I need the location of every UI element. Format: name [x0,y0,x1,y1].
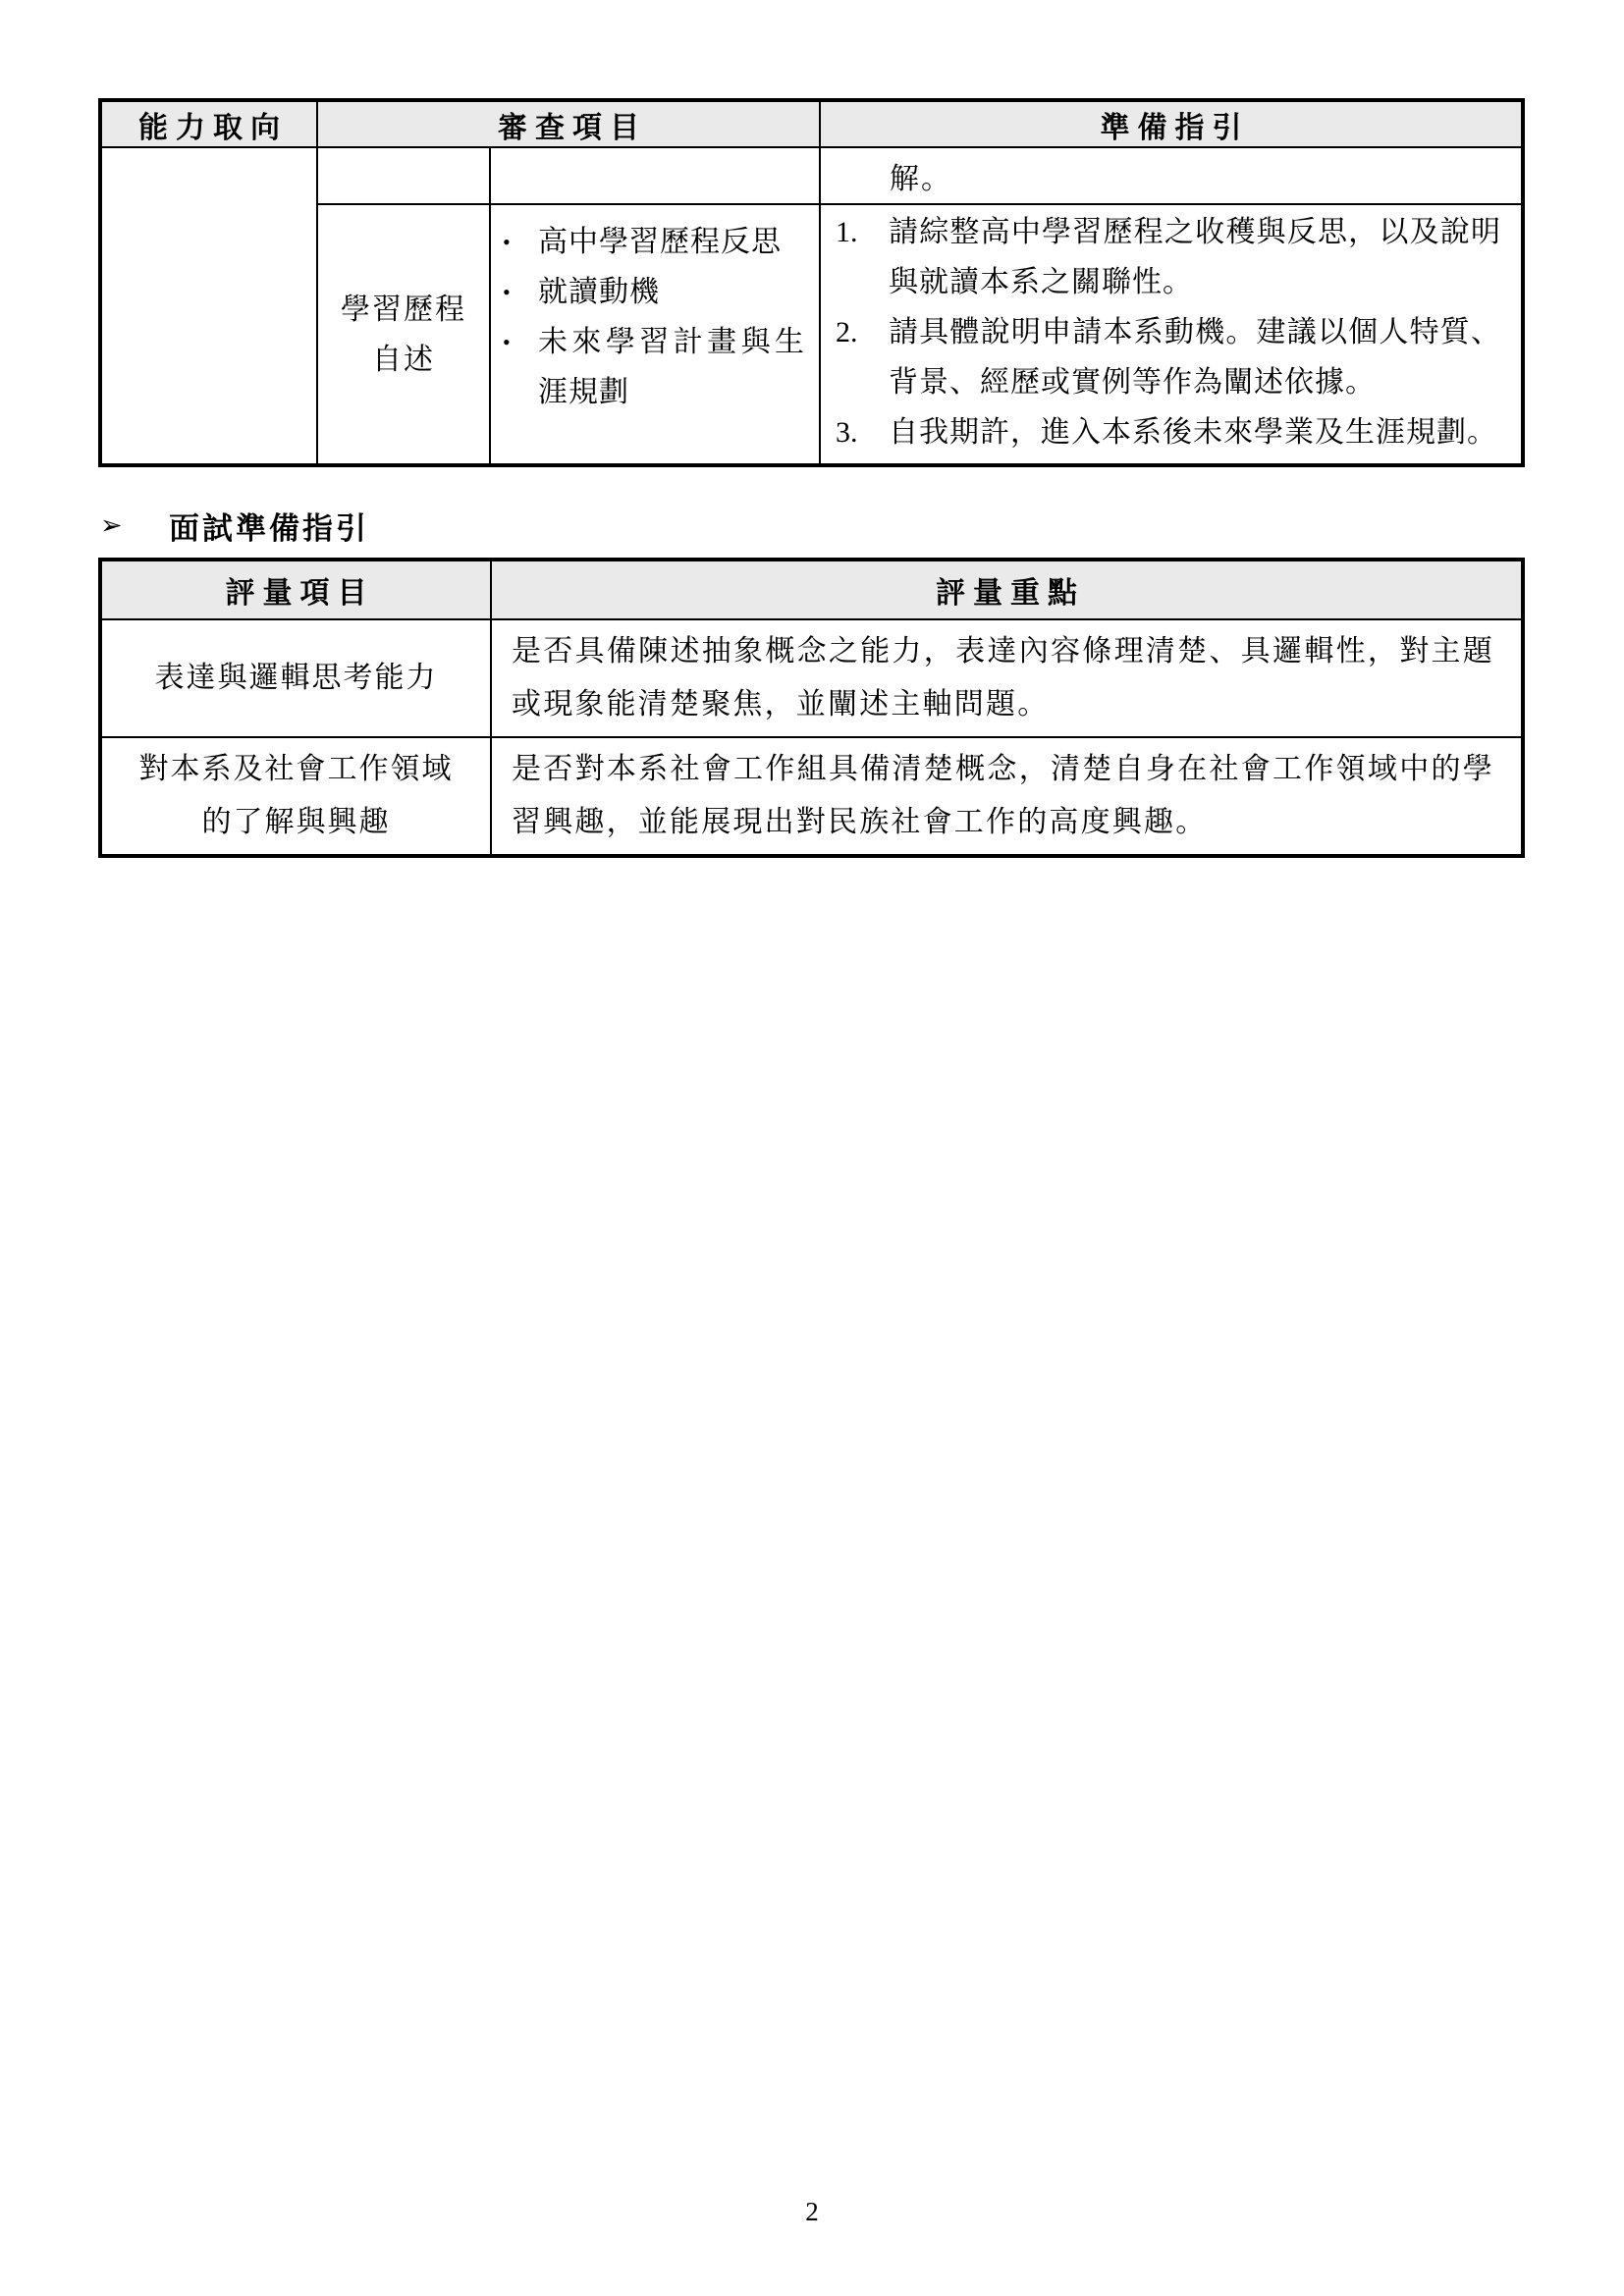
list-item: 1. 請綜整高中學習歷程之收穫與反思，以及說明與就讀本系之關聯性。 [836,207,1501,307]
guide-continuation-cell: 解。 [819,148,1521,205]
page-number: 2 [0,2197,1624,2227]
header-cell-assessment-focus: 評量重點 [490,561,1521,618]
review-guide-table-header-row: 能力取向 審查項目 準備指引 [102,102,1521,148]
item-number: 2. [836,307,889,407]
page-content: 能力取向 審查項目 準備指引 解。 學習歷程 自述 • 高中學習歷程反思 [98,98,1525,858]
section-heading-interview-guide: ➢ 面試準備指引 [98,505,1525,546]
list-item: • 就讀動機 [503,267,805,317]
category-cell-learning-portfolio: 學習歷程 自述 [316,205,489,463]
assessment-item-cell: 對本系及社會工作領域 的了解與興趣 [102,738,490,854]
bullet-icon: • [503,267,538,317]
bullet-icon: • [503,217,538,267]
table-row: 對本系及社會工作領域 的了解與興趣 是否對本系社會工作組具備清楚概念，清楚自身在… [102,736,1521,854]
assessment-item-cell: 表達與邏輯思考能力 [102,620,490,736]
header-cell-ability-orientation: 能力取向 [102,102,316,146]
interview-guide-table: 評量項目 評量重點 表達與邏輯思考能力 是否具備陳述抽象概念之能力，表達內容條理… [98,558,1525,858]
section-title: 面試準備指引 [169,504,369,548]
document-page: 能力取向 審查項目 準備指引 解。 學習歷程 自述 • 高中學習歷程反思 [0,0,1624,2296]
preparation-guide-numbered-list: 1. 請綜整高中學習歷程之收穫與反思，以及說明與就讀本系之關聯性。 2. 請具體… [819,205,1521,463]
item-text: 自我期許，進入本系後未來學業及生涯規劃。 [889,407,1501,457]
header-cell-review-items: 審查項目 [316,102,819,146]
item-number: 3. [836,407,889,457]
review-guide-table-body: 解。 學習歷程 自述 • 高中學習歷程反思 • 就讀動機 • 未來學習計畫與生涯… [102,148,1521,463]
empty-subcell [316,148,489,205]
list-item: 3. 自我期許，進入本系後未來學業及生涯規劃。 [836,407,1501,457]
assessment-focus-cell: 是否具備陳述抽象概念之能力，表達內容條理清楚、具邏輯性，對主題或現象能清楚聚焦，… [490,620,1521,736]
assessment-focus-cell: 是否對本系社會工作組具備清楚概念，清楚自身在社會工作領域中的學習興趣，並能展現出… [490,738,1521,854]
bullet-text: 未來學習計畫與生涯規劃 [538,317,805,417]
list-item: • 未來學習計畫與生涯規劃 [503,317,805,417]
header-cell-assessment-item: 評量項目 [102,561,490,618]
header-cell-preparation-guide: 準備指引 [819,102,1521,146]
bullet-text: 就讀動機 [538,267,805,317]
table-row: 表達與邏輯思考能力 是否具備陳述抽象概念之能力，表達內容條理清楚、具邏輯性，對主… [102,620,1521,736]
item-text: 請綜整高中學習歷程之收穫與反思，以及說明與就讀本系之關聯性。 [889,207,1501,307]
assessment-focus-text: 是否對本系社會工作組具備清楚概念，清楚自身在社會工作領域中的學習興趣，並能展現出… [512,743,1494,849]
bullet-icon: • [503,317,538,417]
interview-guide-table-header-row: 評量項目 評量重點 [102,561,1521,620]
arrow-bullet-icon: ➢ [98,510,169,541]
assessment-focus-text: 是否具備陳述抽象概念之能力，表達內容條理清楚、具邏輯性，對主題或現象能清楚聚焦，… [512,625,1494,731]
ability-orientation-merged-cell [102,148,316,463]
review-guide-table: 能力取向 審查項目 準備指引 解。 學習歷程 自述 • 高中學習歷程反思 [98,98,1525,467]
bullet-text: 高中學習歷程反思 [538,217,805,267]
list-item: 2. 請具體說明申請本系動機。建議以個人特質、背景、經歷或實例等作為闡述依據。 [836,307,1501,407]
empty-subcell [489,148,819,205]
item-text: 請具體說明申請本系動機。建議以個人特質、背景、經歷或實例等作為闡述依據。 [889,307,1501,407]
review-items-bullet-list: • 高中學習歷程反思 • 就讀動機 • 未來學習計畫與生涯規劃 [489,205,819,463]
item-number: 1. [836,207,889,307]
list-item: • 高中學習歷程反思 [503,217,805,267]
